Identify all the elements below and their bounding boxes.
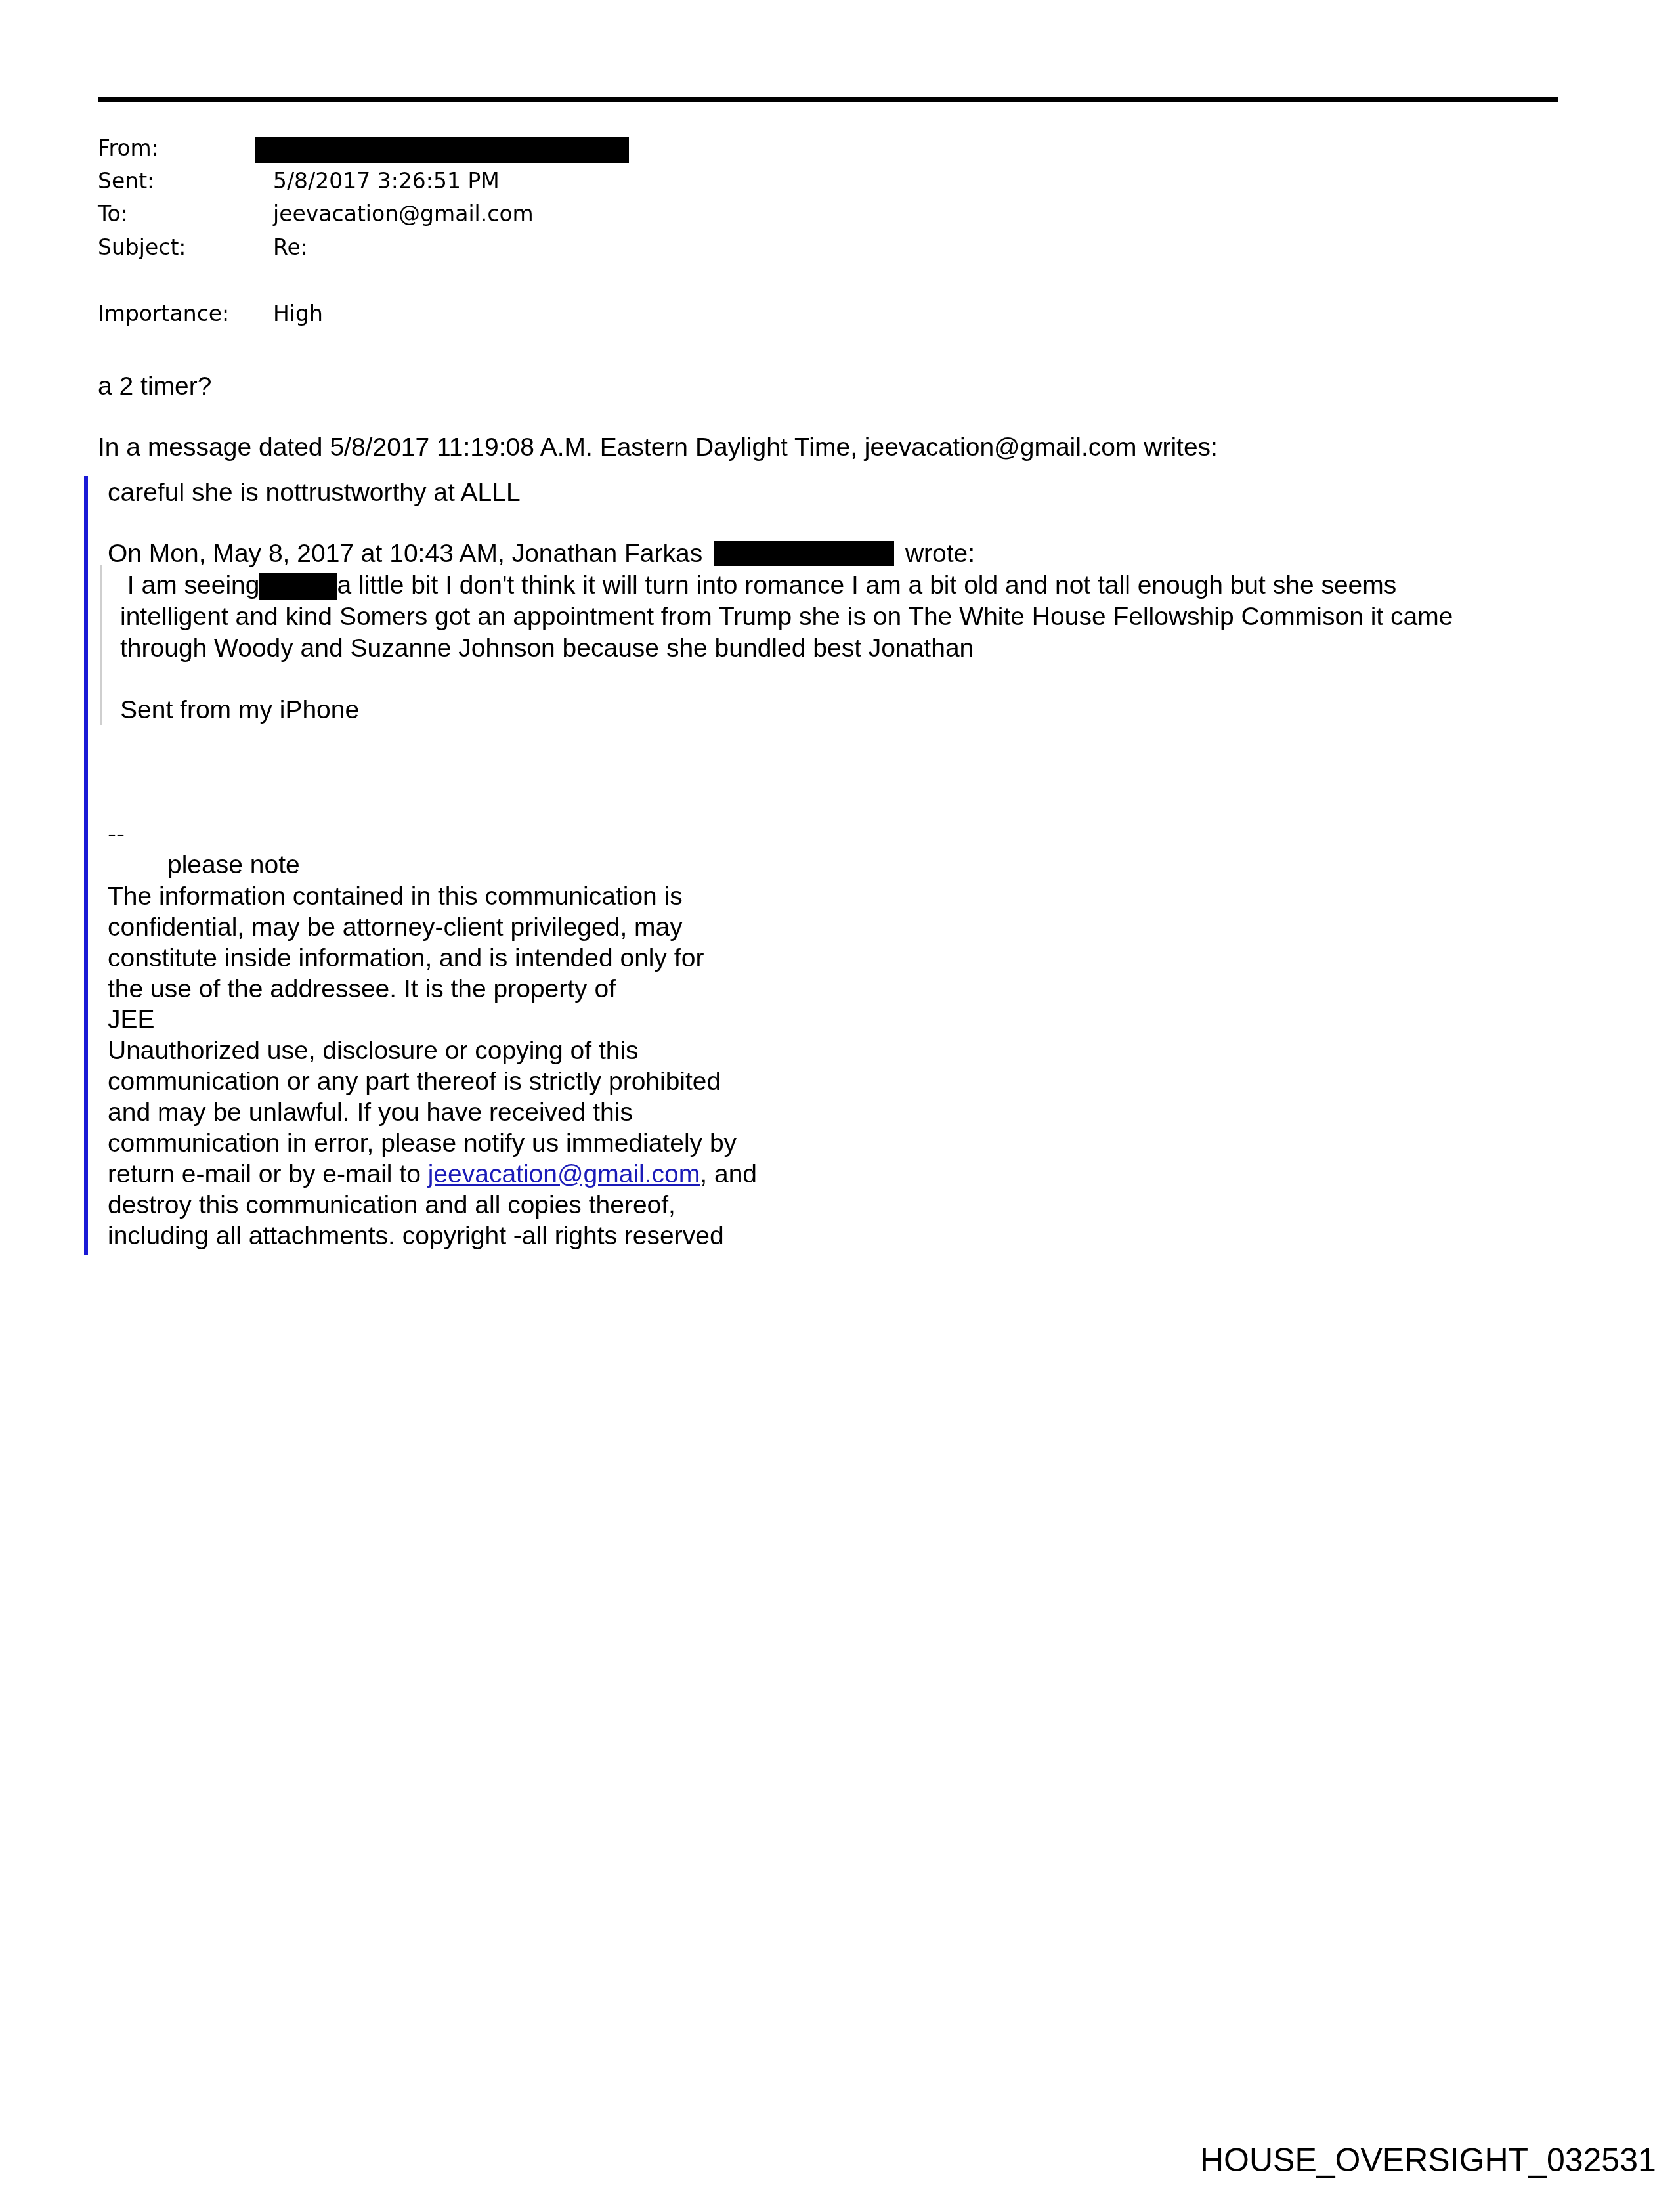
subject-label: Subject: xyxy=(98,234,186,261)
reply-text: a 2 timer? xyxy=(98,371,211,402)
disclaimer-line: communication in error, please notify us… xyxy=(108,1128,757,1159)
quoted-reply: careful she is nottrustworthy at ALLL xyxy=(108,477,521,508)
disclaimer-line: destroy this communication and all copie… xyxy=(108,1190,757,1221)
disclaimer-link-line: return e-mail or by e-mail to jeevacatio… xyxy=(108,1159,757,1190)
please-note: please note xyxy=(167,850,300,880)
inner-quote-bar xyxy=(100,565,102,725)
quote-bar xyxy=(84,476,88,1255)
subject-value: Re: xyxy=(273,234,308,261)
email-link[interactable]: jeevacation@gmail.com xyxy=(428,1160,700,1188)
quote-intro: In a message dated 5/8/2017 11:19:08 A.M… xyxy=(98,432,1218,463)
inner-line-1-before: I am seeing xyxy=(120,571,259,599)
disclaimer-line: JEE xyxy=(108,1005,757,1035)
from-label: From: xyxy=(98,135,159,162)
from-redaction xyxy=(255,137,629,163)
inner-intro-before: On Mon, May 8, 2017 at 10:43 AM, Jonatha… xyxy=(108,540,702,568)
disclaimer: The information contained in this commun… xyxy=(108,881,757,1251)
disclaimer-link-before: return e-mail or by e-mail to xyxy=(108,1160,428,1188)
signature: Sent from my iPhone xyxy=(120,695,359,726)
disclaimer-line: including all attachments. copyright -al… xyxy=(108,1221,757,1251)
importance-label: Importance: xyxy=(98,301,229,327)
inner-quote-intro: On Mon, May 8, 2017 at 10:43 AM, Jonatha… xyxy=(108,538,975,569)
disclaimer-link-after: , and xyxy=(700,1160,757,1188)
importance-value: High xyxy=(273,301,323,327)
to-label: To: xyxy=(98,201,128,227)
sent-label: Sent: xyxy=(98,168,154,194)
disclaimer-line: and may be unlawful. If you have receive… xyxy=(108,1097,757,1128)
disclaimer-line: confidential, may be attorney-client pri… xyxy=(108,912,757,943)
inner-line-1-after: a little bit I don't think it will turn … xyxy=(337,571,1396,599)
disclaimer-line: The information contained in this commun… xyxy=(108,881,757,912)
email-redaction xyxy=(714,541,894,566)
disclaimer-line: communication or any part thereof is str… xyxy=(108,1066,757,1097)
top-rule xyxy=(98,97,1558,102)
disclaimer-line: constitute inside information, and is in… xyxy=(108,943,757,974)
inner-line-1: I am seeinga little bit I don't think it… xyxy=(120,570,1396,601)
inner-line-2: intelligent and kind Somers got an appoi… xyxy=(120,601,1453,632)
inner-intro-after: wrote: xyxy=(905,540,975,568)
disclaimer-line: Unauthorized use, disclosure or copying … xyxy=(108,1035,757,1066)
to-value: jeevacation@gmail.com xyxy=(273,201,534,227)
inner-line-3: through Woody and Suzanne Johnson becaus… xyxy=(120,633,974,664)
separator: -- xyxy=(108,819,125,850)
sent-value: 5/8/2017 3:26:51 PM xyxy=(273,168,500,194)
bates-number: HOUSE_OVERSIGHT_032531 xyxy=(1200,2142,1656,2179)
name-redaction xyxy=(259,573,337,600)
disclaimer-line: the use of the addressee. It is the prop… xyxy=(108,974,757,1005)
